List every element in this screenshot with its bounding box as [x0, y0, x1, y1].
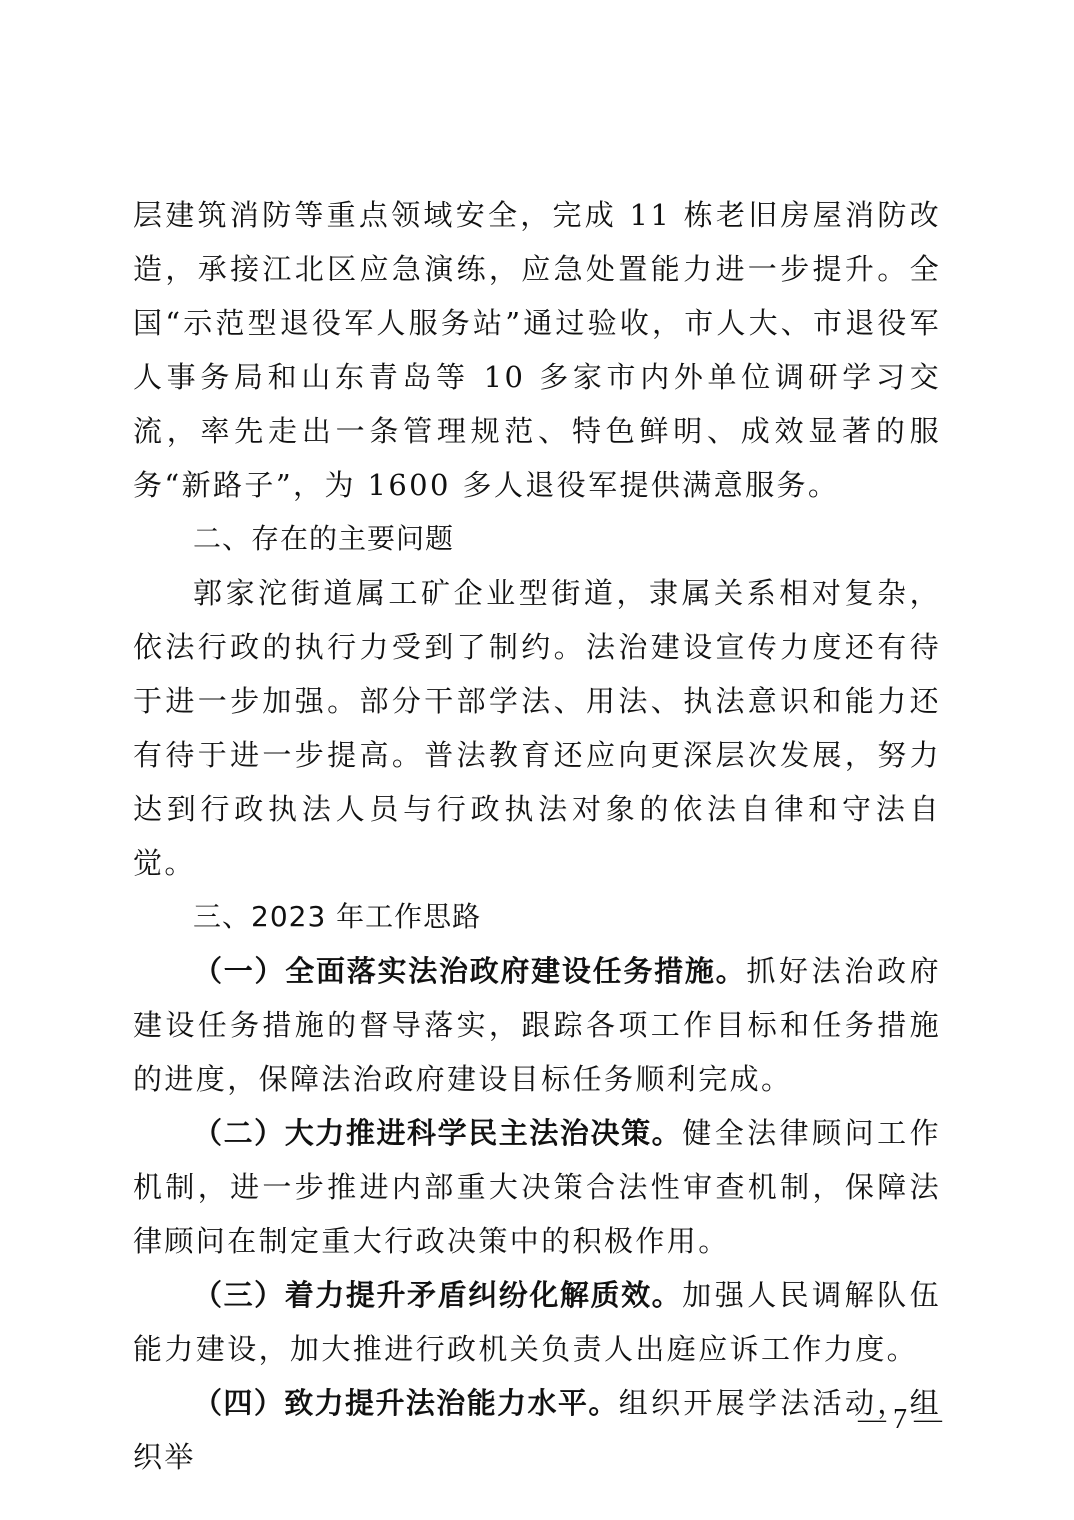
- work-item-1: （一）全面落实法治政府建设任务措施。抓好法治政府建设任务措施的督导落实，跟踪各项…: [133, 944, 941, 1106]
- work-item-3-title: （三）着力提升矛盾纠纷化解质效。: [193, 1278, 682, 1312]
- section-heading-problems: 二、存在的主要问题: [133, 512, 941, 566]
- document-page: 层建筑消防等重点领域安全，完成 11 栋老旧房屋消防改造，承接江北区应急演练，应…: [0, 0, 1074, 1520]
- work-item-1-title: （一）全面落实法治政府建设任务措施。: [193, 954, 746, 988]
- section-heading-work-plan: 三、2023 年工作思路: [133, 890, 941, 944]
- work-item-4-title: （四）致力提升法治能力水平。: [193, 1386, 619, 1420]
- paragraph-continuation: 层建筑消防等重点领域安全，完成 11 栋老旧房屋消防改造，承接江北区应急演练，应…: [133, 188, 941, 512]
- page-number: — 7 —: [855, 1404, 945, 1436]
- paragraph-problems: 郭家沱街道属工矿企业型街道，隶属关系相对复杂，依法行政的执行力受到了制约。法治建…: [133, 566, 941, 890]
- page-body: 层建筑消防等重点领域安全，完成 11 栋老旧房屋消防改造，承接江北区应急演练，应…: [133, 188, 941, 1484]
- work-item-2: （二）大力推进科学民主法治决策。健全法律顾问工作机制，进一步推进内部重大决策合法…: [133, 1106, 941, 1268]
- work-item-4: （四）致力提升法治能力水平。组织开展学法活动，组织举: [133, 1376, 941, 1484]
- work-item-3: （三）着力提升矛盾纠纷化解质效。加强人民调解队伍能力建设，加大推进行政机关负责人…: [133, 1268, 941, 1376]
- work-item-2-title: （二）大力推进科学民主法治决策。: [193, 1116, 682, 1150]
